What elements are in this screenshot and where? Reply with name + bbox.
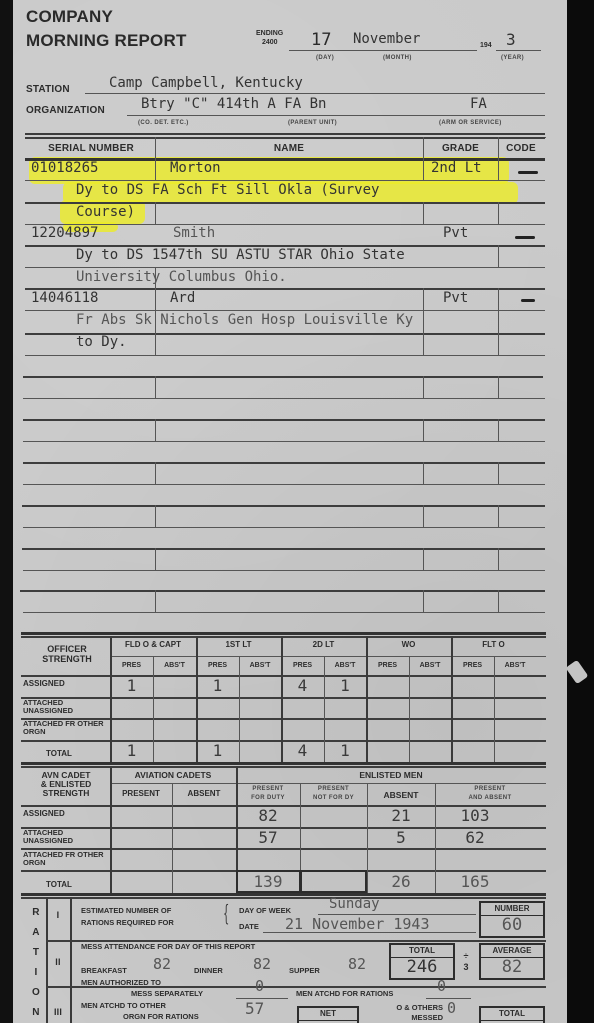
section-ii-numeral: II [46,957,70,967]
code-dash-icon [515,236,535,239]
pnfd-line1: PRESENT [300,785,367,794]
report-month: November [353,31,420,47]
roster-col-divider [155,419,156,441]
ration-number-value: 60 [481,916,543,934]
subheader-abst: ABS'T [239,662,281,670]
roster-rule [20,590,545,592]
o-others-label-line2: MESSED [385,1013,443,1023]
present-not-for-duty-header: PRESENT NOT FOR DY [300,785,367,803]
roster-col-divider [498,462,499,484]
brace-icon: { [223,903,229,927]
row-label-attached-unassigned: ATTACHED UNASSIGNED [23,829,103,845]
officer-value: 1 [196,676,239,695]
roster-col-divider [498,505,499,527]
auth-sep-label-line1: MEN AUTHORIZED TO [81,979,161,987]
group-header: 2D LT [281,641,366,649]
row-label-attached-unassigned: ATTACHED UNASSIGNED [23,699,103,715]
code-dash-icon [518,171,538,174]
roster-rule [22,505,545,507]
arm-caption: (ARM OR SERVICE) [439,120,502,126]
subheader-pres: PRES [196,662,239,670]
pa-line2: AND ABSENT [435,794,545,803]
enlisted-value: 139 [236,872,300,891]
enlisted-title-line3: STRENGTH [23,789,109,798]
roster-rule [25,310,545,311]
roster-rule [25,267,545,268]
atchd-for-rations-label: MEN ATCHD FOR RATIONS [296,990,393,998]
officer-value: 4 [281,676,324,695]
roster-rule [23,462,545,464]
organization-underline [127,115,545,116]
supper-value: 82 [348,955,366,973]
pnfd-line2: NOT FOR DY [300,794,367,803]
cadet-present-header: PRESENT [110,790,172,798]
cadet-absent-header: ABSENT [172,790,236,798]
grid-rule [21,893,546,896]
remark-line-2: to Dy. [76,334,127,350]
remark-line-1: Dy to DS FA Sch Ft Sill Okla (Survey [76,182,379,198]
roster-col-divider [423,462,424,484]
organization-value: Btry "C" 414th A FA Bn [141,96,326,112]
section-i-label-line1: ESTIMATED NUMBER OF [81,905,174,917]
roster-col-divider [155,158,156,180]
soldier-name: Ard [170,290,195,306]
subheader-pres: PRES [451,662,494,670]
subheader-pres: PRES [110,662,153,670]
atchd-other-value: 57 [245,999,264,1018]
roster-col-divider [423,590,424,612]
remark-line-2: Course) [76,204,135,220]
mess-attendance-heading: MESS ATTENDANCE FOR DAY OF THIS REPORT [81,943,255,951]
roster-col-divider [498,376,499,398]
serial-number: 14046118 [31,290,98,306]
total-present-not-for-duty-box [300,870,367,893]
officer-value: 4 [281,741,324,760]
ration-date-value: 21 November 1943 [285,915,430,933]
year-prefix: 194 [480,42,492,50]
soldier-name: Smith [173,225,215,241]
auth-sep-label-line2: MESS SEPARATELY [131,990,203,998]
roster-rule [25,355,545,356]
roster-col-divider [155,462,156,484]
roster-col-divider [498,137,499,158]
arm-or-service-value: FA [470,96,487,112]
roster-col-divider [423,333,424,355]
enlisted-value: 26 [367,872,435,891]
row-label-assigned: ASSIGNED [23,680,65,688]
grid-rule [21,766,546,768]
name-header: NAME [155,143,423,154]
officer-value: 1 [110,676,153,695]
o-others-label-line1: O & OTHERS [385,1003,443,1013]
ration-side-label: R A T I O N [26,903,46,1023]
roster-col-divider [423,202,424,224]
subheader-pres: PRES [366,662,409,670]
grid-rule [110,656,546,657]
breakfast-label: BREAKFAST [81,967,127,975]
ration-letter: A [26,923,46,943]
ration-total-label: TOTAL [481,1008,543,1021]
roster-col-divider [423,288,424,310]
roster-rule [23,376,543,378]
pfd-line2: FOR DUTY [236,794,300,803]
ration-letter: I [26,963,46,983]
roster-col-divider [155,505,156,527]
roster-col-divider [498,288,499,310]
date-label: DATE [239,923,259,931]
roster-col-divider [498,202,499,224]
mess-average-box: AVERAGE 82 [479,943,545,980]
enlisted-value: 82 [236,806,300,825]
mess-total-value: 246 [391,958,453,976]
pa-line1: PRESENT [435,785,545,794]
soldier-grade: Pvt [443,225,468,241]
officer-value: 1 [196,741,239,760]
roster-rule [23,527,545,528]
roster-col-divider [498,158,499,180]
group-header: WO [366,641,451,649]
roster-col-divider [423,376,424,398]
roster-col-divider [498,548,499,570]
atchd-for-rations-value: 0 [437,977,446,995]
ration-letter: R [26,903,46,923]
net-box: NET [297,1006,359,1023]
grid-col [239,656,240,762]
ending-time: 2400 [262,39,278,47]
serial-number-header: SERIAL NUMBER [27,143,155,154]
divide-indicator: ÷ 3 [457,951,475,973]
year-caption: (YEAR) [501,55,524,61]
roster-col-divider [155,202,156,224]
grid-col [494,656,495,762]
roster-rule [23,398,545,399]
aviation-cadets-header: AVIATION CADETS [110,771,236,779]
present-and-absent-header: PRESENT AND ABSENT [435,785,545,803]
enlisted-strength-title: AVN CADET & ENLISTED STRENGTH [23,771,109,798]
ration-letter: O [26,983,46,1003]
divide-icon: ÷ [457,951,475,962]
subheader-pres: PRES [281,662,324,670]
subheader-abst: ABS'T [153,662,196,670]
ration-col [70,897,72,1023]
ration-letter: T [26,943,46,963]
header-rule-2 [25,137,545,139]
station-value: Camp Campbell, Kentucky [109,75,303,91]
ration-total-box: TOTAL [479,1006,545,1023]
row-label-total: TOTAL [46,881,72,889]
day-of-week-value: Sunday [329,896,380,912]
roster-rule [23,570,545,571]
soldier-grade: 2nd Lt [431,160,482,176]
dinner-label: DINNER [194,967,223,975]
row-label-attached-other: ATTACHED FR OTHER ORGN [23,720,107,736]
row-label-total: TOTAL [46,750,72,758]
em-absent-header: ABSENT [367,791,435,799]
grid-col [409,656,410,762]
dinner-value: 82 [253,955,271,973]
net-label: NET [299,1008,357,1021]
roster-rule [23,441,545,442]
group-header: FLD O & CAPT [110,641,196,649]
grid-rule [21,897,546,899]
officer-value: 1 [324,741,366,760]
present-for-duty-header: PRESENT FOR DUTY [236,785,300,803]
row-label-assigned: ASSIGNED [23,810,65,818]
grid-rule [110,783,546,784]
subheader-abst: ABS'T [494,662,536,670]
roster-col-divider [423,158,424,180]
scan-border-left [0,0,13,1023]
roster-rule [22,548,545,550]
scan-border-right [567,0,594,1023]
ending-label: ENDING [256,30,283,38]
day-caption: (DAY) [316,55,334,61]
roster-col-divider [498,333,499,355]
enlisted-value: 103 [435,806,515,825]
section-i-numeral: I [46,910,70,920]
code-dash-icon [521,299,535,302]
atchd-other-label-line1: MEN ATCHD TO OTHER [81,1002,166,1010]
grid-col [110,766,112,893]
atchd-other-label-line2: ORGN FOR RATIONS [123,1013,199,1021]
mess-total-box: TOTAL 246 [389,943,455,980]
code-header: CODE [498,143,544,154]
morning-report-form: COMPANY MORNING REPORT ENDING 2400 17 No… [13,0,567,1023]
group-header: 1ST LT [196,641,281,649]
remark-line-2: University Columbus Ohio. [76,269,287,285]
roster-col-divider [423,419,424,441]
roster-col-divider [498,590,499,612]
grid-col [300,783,301,870]
serial-number: 12204897 [31,225,98,241]
station-underline [85,93,545,94]
roster-col-divider [423,310,424,333]
section-i-label: ESTIMATED NUMBER OF RATIONS REQUIRED FOR [81,905,174,929]
grid-col [451,636,453,762]
enlisted-value: 5 [367,828,435,847]
roster-col-divider [155,376,156,398]
form-title-line2: MORNING REPORT [26,32,187,50]
section-iii-numeral: III [46,1007,70,1017]
subheader-abst: ABS'T [409,662,451,670]
soldier-grade: Pvt [443,290,468,306]
officer-value: 1 [110,741,153,760]
pfd-line1: PRESENT [236,785,300,794]
roster-col-divider [155,333,156,355]
report-day: 17 [311,30,331,50]
station-label: STATION [26,84,70,95]
roster-col-divider [498,419,499,441]
section-rule [21,632,546,635]
form-title-line1: COMPANY [26,8,113,26]
mess-average-value: 82 [481,958,543,976]
officer-strength-title: OFFICER STRENGTH [25,644,109,664]
soldier-name: Morton [170,160,221,176]
grade-header: GRADE [423,143,498,154]
day-of-week-label: DAY OF WEEK [239,907,291,915]
officer-value: 1 [324,676,366,695]
roster-rule [23,419,545,421]
o-others-label: O & OTHERS MESSED [385,1003,443,1023]
roster-col-divider [498,245,499,267]
grid-col [366,636,368,762]
auth-sep-value: 0 [255,977,264,995]
breakfast-value: 82 [153,955,171,973]
header-rule-1 [25,133,545,135]
officer-strength-title-line2: STRENGTH [25,654,109,664]
supper-label: SUPPER [289,967,320,975]
org-caption: (CO. DET. ETC.) [138,120,189,126]
report-year-digit: 3 [506,30,516,49]
parent-unit-caption: (PARENT UNIT) [288,120,337,126]
o-others-value: 0 [447,999,456,1017]
roster-col-divider [423,137,424,158]
roster-col-divider [155,288,156,310]
roster-col-divider [155,137,156,158]
roster-col-divider [155,590,156,612]
enlisted-value: 57 [236,828,300,847]
roster-rule [25,180,545,181]
roster-col-divider [155,548,156,570]
row-label-attached-other: ATTACHED FR OTHER ORGN [23,851,107,867]
enlisted-value: 165 [435,872,515,891]
remark-line-1: Dy to DS 1547th SU ASTU STAR Ohio State [76,247,405,263]
roster-col-divider [498,310,499,333]
serial-number: 01018265 [31,160,98,176]
year-underline [496,50,541,51]
roster-col-divider [423,505,424,527]
subheader-abst: ABS'T [324,662,366,670]
grid-rule [21,762,546,765]
grid-col [153,656,154,762]
enlisted-value: 62 [435,828,515,847]
organization-label: ORGANIZATION [26,105,105,116]
section-i-label-line2: RATIONS REQUIRED FOR [81,917,174,929]
remark-line-1: Fr Abs Sk Nichols Gen Hosp Louisville Ky [76,312,413,328]
form-edge [545,137,546,138]
group-header: FLT O [451,641,536,649]
ration-number-box: NUMBER 60 [479,901,545,938]
date-underline [263,932,476,933]
ration-letter: N [26,1003,46,1023]
enlisted-men-header: ENLISTED MEN [236,771,546,779]
date-underline [289,50,477,51]
roster-rule [23,612,545,613]
divisor-value: 3 [457,962,475,973]
roster-rule [23,484,545,485]
month-caption: (MONTH) [383,55,412,61]
officer-strength-title-line1: OFFICER [25,644,109,654]
enlisted-value: 21 [367,806,435,825]
roster-col-divider [423,548,424,570]
grid-col [172,783,173,893]
